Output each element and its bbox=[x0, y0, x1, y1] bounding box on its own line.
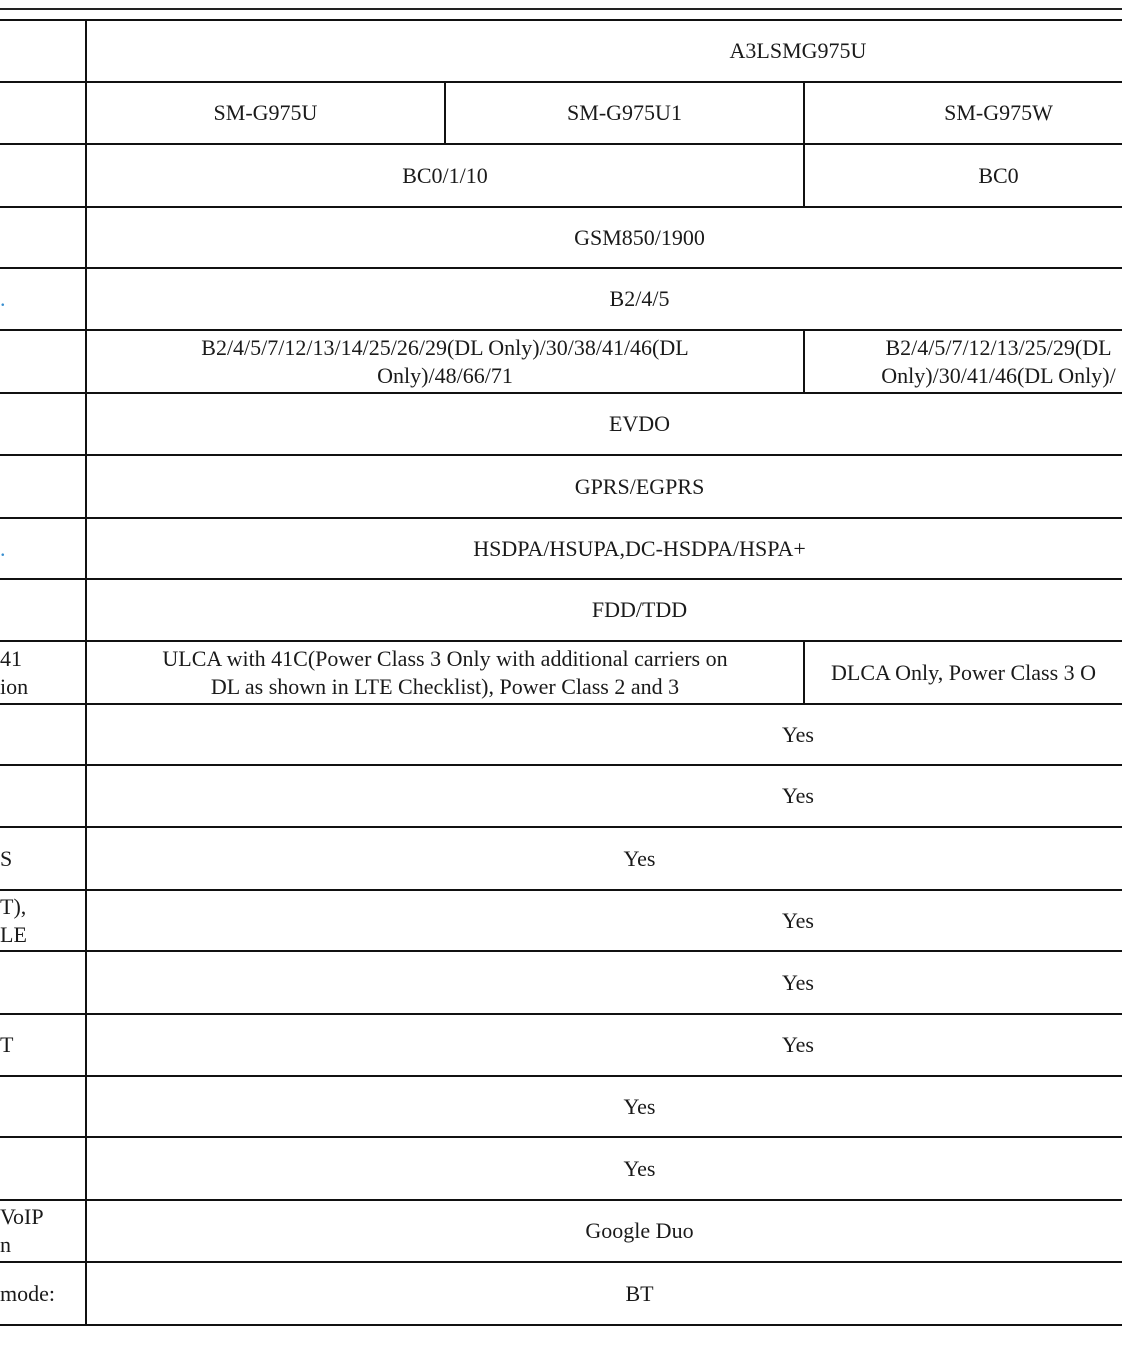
feature-value: Yes bbox=[87, 1015, 1122, 1075]
cdma-bands-us: BC0/1/10 bbox=[87, 145, 803, 206]
carrier-aggregation-us: ULCA with 41C(Power Class 3 Only with ad… bbox=[87, 642, 803, 703]
row-label: VoIP n bbox=[0, 1201, 84, 1261]
feature-value: Yes bbox=[87, 705, 1122, 764]
row-label: 41 ion bbox=[0, 642, 84, 703]
model-header-sm-g975u: SM-G975U bbox=[87, 83, 444, 143]
cdma-data: EVDO bbox=[87, 394, 1122, 454]
row-label: T), LE bbox=[0, 891, 84, 950]
carrier-aggregation-w: DLCA Only, Power Class 3 O bbox=[805, 642, 1122, 703]
feature-value: Yes bbox=[87, 1077, 1122, 1136]
voip-application: Google Duo bbox=[87, 1201, 1122, 1261]
feature-value: Yes bbox=[87, 1138, 1122, 1199]
feature-value: Yes bbox=[87, 952, 1122, 1013]
hac-mode-value: BT bbox=[87, 1263, 1122, 1324]
feature-value: Yes bbox=[87, 828, 1122, 889]
model-header-sm-g975w: SM-G975W bbox=[805, 83, 1122, 143]
feature-value: Yes bbox=[87, 766, 1122, 826]
row-label: . bbox=[0, 519, 84, 578]
row-label: S bbox=[0, 828, 84, 889]
lte-bands-w: B2/4/5/7/12/13/25/29(DL Only)/30/41/46(D… bbox=[805, 331, 1122, 392]
row-label: . bbox=[0, 269, 84, 329]
wcdma-bands: B2/4/5 bbox=[87, 269, 1122, 329]
gsm-bands: GSM850/1900 bbox=[87, 208, 1122, 267]
lte-duplex: FDD/TDD bbox=[87, 580, 1122, 640]
row-divider bbox=[0, 1324, 1122, 1326]
lte-bands-us: B2/4/5/7/12/13/14/25/26/29(DL Only)/30/3… bbox=[87, 331, 803, 392]
model-header-sm-g975u1: SM-G975U1 bbox=[446, 83, 803, 143]
row-label: mode: bbox=[0, 1263, 84, 1324]
wcdma-data: HSDPA/HSUPA,DC-HSDPA/HSPA+ bbox=[87, 519, 1122, 578]
gsm-data: GPRS/EGPRS bbox=[87, 456, 1122, 517]
row-label: T bbox=[0, 1015, 84, 1075]
model-group-header: A3LSMG975U bbox=[87, 21, 1122, 81]
spec-table: A3LSMG975U SM-G975U SM-G975U1 SM-G975W B… bbox=[0, 0, 1122, 1345]
cdma-bands-w: BC0 bbox=[805, 145, 1122, 206]
feature-value: Yes bbox=[87, 891, 1122, 950]
